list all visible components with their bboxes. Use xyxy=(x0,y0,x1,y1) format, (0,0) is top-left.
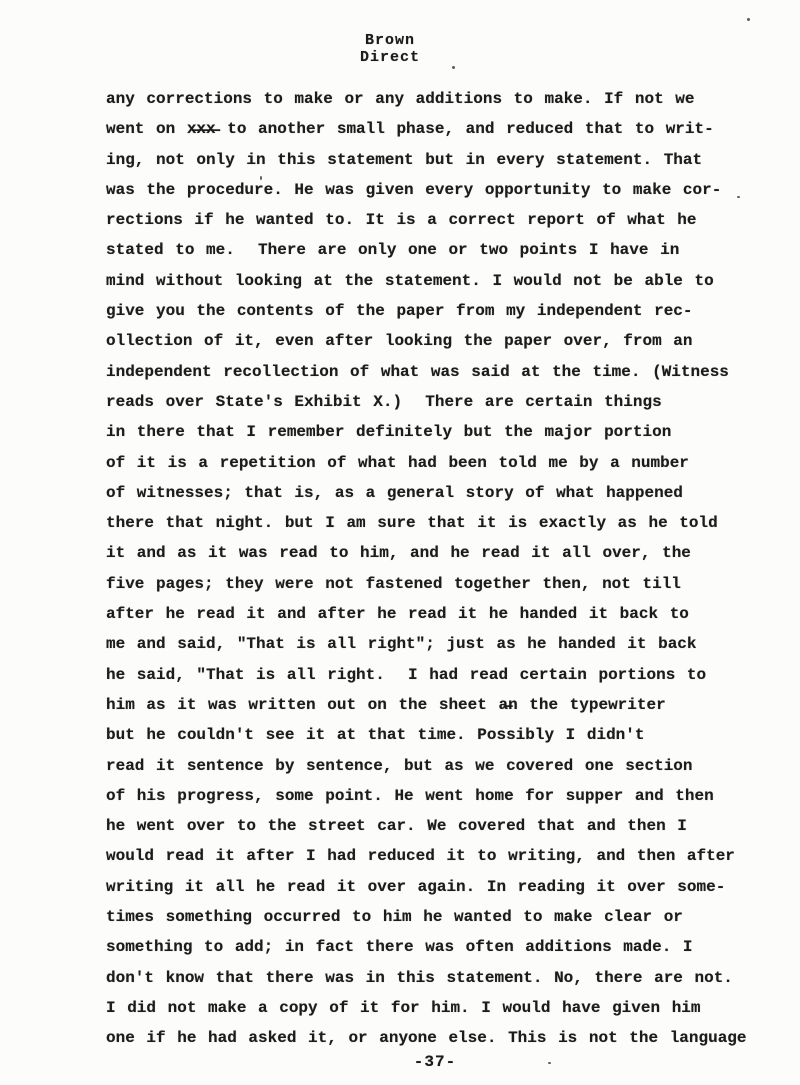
transcript-line: give you the contents of the paper from … xyxy=(106,296,776,326)
transcript-line: of it is a repetition of what had been t… xyxy=(106,448,776,478)
transcript-line: writing it all he read it over again. In… xyxy=(106,872,776,902)
transcript-page: Brown Direct any corrections to make or … xyxy=(0,0,800,1085)
transcript-line: it and as it was read to him, and he rea… xyxy=(106,538,776,568)
transcript-line: after he read it and after he read it he… xyxy=(106,599,776,629)
page-number: -37- xyxy=(414,1053,456,1071)
transcript-line: independent recollection of what was sai… xyxy=(106,357,776,387)
transcript-line: of his progress, some point. He went hom… xyxy=(106,781,776,811)
header-examination-type: Direct xyxy=(0,50,780,67)
transcript-line: read it sentence by sentence, but as we … xyxy=(106,751,776,781)
transcript-line: but he couldn't see it at that time. Pos… xyxy=(106,720,776,750)
transcript-line: one if he had asked it, or anyone else. … xyxy=(106,1023,776,1053)
scan-speck xyxy=(452,66,455,69)
transcript-line: stated to me. There are only one or two … xyxy=(106,235,776,265)
transcript-line: ollection of it, even after looking the … xyxy=(106,326,776,356)
transcript-line: any corrections to make or any additions… xyxy=(106,84,776,114)
scan-speck xyxy=(548,1062,551,1064)
transcript-line: in there that I remember definitely but … xyxy=(106,417,776,447)
scan-speck xyxy=(747,18,750,21)
transcript-line: he said, "That is all right. I had read … xyxy=(106,660,776,690)
transcript-line: me and said, "That is all right"; just a… xyxy=(106,629,776,659)
transcript-body: any corrections to make or any additions… xyxy=(106,84,776,1054)
transcript-line: he went over to the street car. We cover… xyxy=(106,811,776,841)
transcript-line: would read it after I had reduced it to … xyxy=(106,841,776,871)
transcript-line: times something occurred to him he wante… xyxy=(106,902,776,932)
scan-speck xyxy=(737,196,740,198)
transcript-line: of witnesses; that is, as a general stor… xyxy=(106,478,776,508)
transcript-line: ing, not only in this statement but in e… xyxy=(106,145,776,175)
transcript-line: was the procedure. He was given every op… xyxy=(106,175,776,205)
transcript-line: rections if he wanted to. It is a correc… xyxy=(106,205,776,235)
transcript-line: mind without looking at the statement. I… xyxy=(106,266,776,296)
transcript-line: there that night. but I am sure that it … xyxy=(106,508,776,538)
transcript-line: reads over State's Exhibit X.) There are… xyxy=(106,387,776,417)
transcript-line: something to add; in fact there was ofte… xyxy=(106,932,776,962)
transcript-line: I did not make a copy of it for him. I w… xyxy=(106,993,776,1023)
scan-speck xyxy=(260,176,262,180)
transcript-line: don't know that there was in this statem… xyxy=(106,963,776,993)
header-witness-name: Brown xyxy=(0,33,780,50)
transcript-line: five pages; they were not fastened toget… xyxy=(106,569,776,599)
page-header: Brown Direct xyxy=(0,33,780,66)
transcript-line: went on x̶x̶x̶ to another small phase, a… xyxy=(106,114,776,144)
transcript-line: him as it was written out on the sheet a… xyxy=(106,690,776,720)
